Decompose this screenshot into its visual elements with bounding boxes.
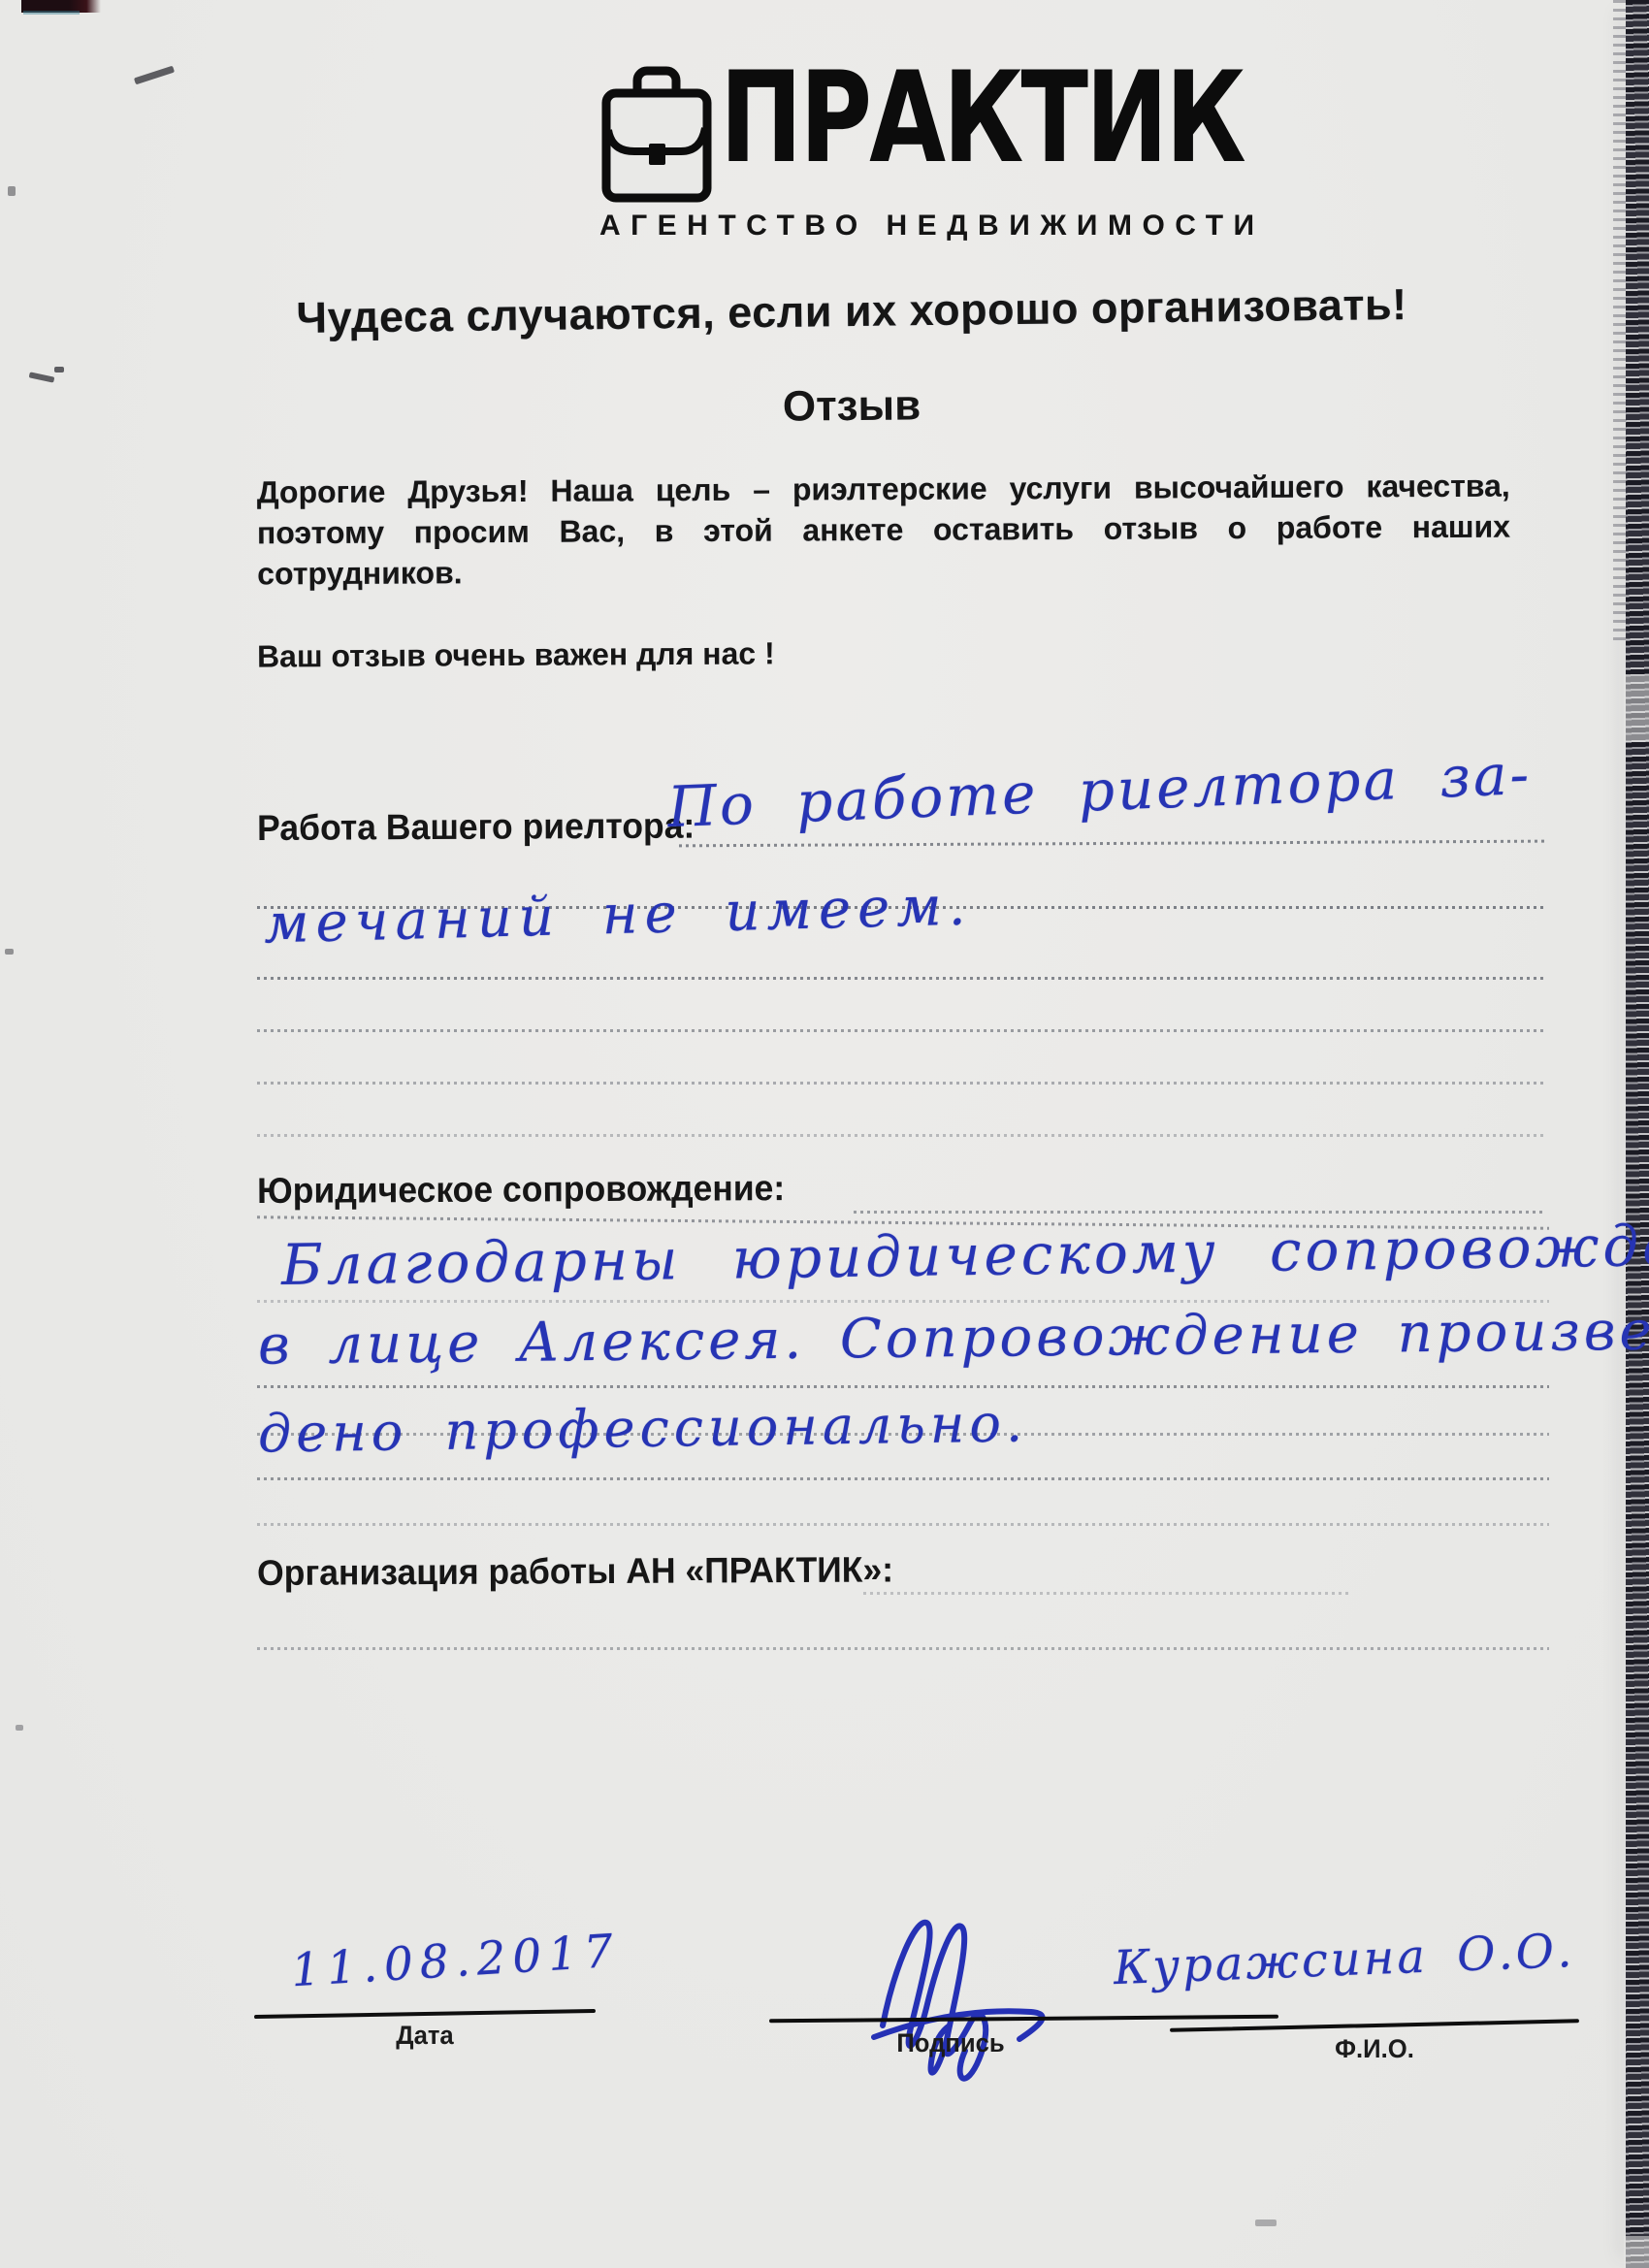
date-line bbox=[254, 2009, 596, 2019]
brand-tagline: АГЕНТСТВО НЕДВИЖИМОСТИ bbox=[599, 210, 1224, 243]
scan-edge-band bbox=[1626, 0, 1649, 2268]
dotted-line bbox=[257, 1647, 1549, 1650]
field-label-organization: Организация работы АН «ПРАКТИК»: bbox=[257, 1549, 893, 1594]
dotted-line bbox=[257, 1477, 1549, 1480]
scan-speck bbox=[16, 1725, 23, 1731]
signature-scribble bbox=[829, 1890, 1120, 2089]
scan-corner-fringe bbox=[23, 11, 80, 15]
handwriting-legal-line-3: дено профессионально. bbox=[258, 1397, 1028, 1460]
scan-speck bbox=[134, 66, 175, 85]
dotted-line bbox=[679, 840, 1544, 848]
slogan: Чудеса случаются, если их хорошо организ… bbox=[27, 276, 1649, 347]
scan-edge-gap bbox=[1624, 674, 1649, 742]
date-label: Дата bbox=[263, 2021, 587, 2051]
scan-speck bbox=[54, 367, 64, 373]
scan-speck bbox=[8, 186, 16, 196]
handwriting-realtor-line-1: По работе риелтора за- bbox=[666, 746, 1533, 835]
dotted-line bbox=[257, 1385, 1549, 1388]
dotted-line bbox=[257, 1029, 1547, 1032]
handwriting-legal-line-1: Благодарны юридическому сопровождению bbox=[281, 1215, 1649, 1293]
dotted-line bbox=[863, 1592, 1348, 1595]
scan-speck bbox=[1255, 2219, 1277, 2226]
briefcase-icon bbox=[601, 66, 713, 204]
name-line bbox=[1170, 2019, 1579, 2032]
dotted-line bbox=[854, 1211, 1544, 1214]
handwriting-legal-line-2: в лице Алексея. Сопровождение произве- bbox=[258, 1304, 1649, 1373]
handwriting-realtor-line-2: мечаний не имеем. bbox=[263, 879, 973, 952]
handwritten-date: 11.08.2017 bbox=[290, 1928, 621, 1994]
signature-label: Подпись bbox=[813, 2028, 1089, 2058]
dotted-line bbox=[257, 1523, 1549, 1526]
scan-speck bbox=[5, 949, 14, 955]
brand-name: ПРАКТИК bbox=[720, 56, 1244, 182]
field-label-legal-support: Юридическое сопровождение: bbox=[257, 1168, 785, 1212]
handwritten-name: Куражсина О.О. bbox=[1113, 1928, 1575, 1992]
scan-edge-gap bbox=[1624, 2236, 1649, 2268]
name-label: Ф.И.О. bbox=[1180, 2034, 1569, 2064]
form-title: Отзыв bbox=[27, 375, 1649, 438]
dotted-line bbox=[257, 1134, 1547, 1137]
dotted-line bbox=[257, 1082, 1547, 1085]
scanned-feedback-form: ПРАКТИК АГЕНТСТВО НЕДВИЖИМОСТИ Чудеса сл… bbox=[0, 0, 1649, 2268]
field-label-realtor-work: Работа Вашего риелтора: bbox=[257, 806, 695, 849]
importance-note: Ваш отзыв очень важен для нас ! bbox=[257, 635, 775, 674]
intro-paragraph: Дорогие Друзья! Наша цель – риэлтерские … bbox=[257, 467, 1511, 595]
scan-speck bbox=[29, 372, 55, 382]
dotted-line bbox=[257, 977, 1547, 980]
